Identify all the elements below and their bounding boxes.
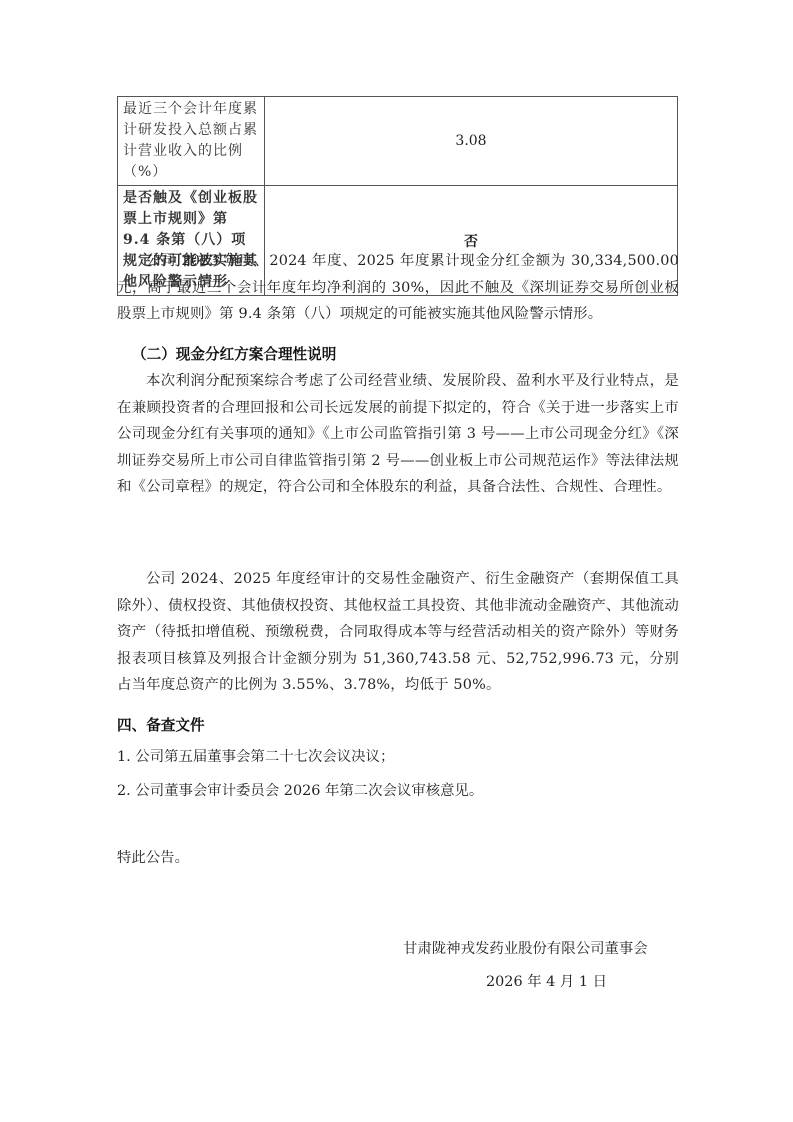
document-page: 最近三个会计年度累计研发投入总额占累计营业收入的比例（%） 3.08 是否触及《… — [0, 0, 793, 1122]
section-heading-dividend-rationale: （二）现金分红方案合理性说明 — [132, 343, 336, 364]
section-heading-reference-documents: 四、备查文件 — [117, 714, 205, 735]
paragraph-financial-assets: 公司 2024、2025 年度经审计的交易性金融资产、衍生金融资产（套期保值工具… — [117, 566, 679, 699]
table-row: 最近三个会计年度累计研发投入总额占累计营业收入的比例（%） 3.08 — [118, 97, 678, 186]
reference-document-item: 1. 公司第五届董事会第二十七次会议决议； — [117, 745, 394, 766]
paragraph-dividend-rationale: 本次利润分配预案综合考虑了公司经营业绩、发展阶段、盈利水平及行业特点，是在兼顾投… — [117, 368, 679, 501]
table-label-cell: 最近三个会计年度累计研发投入总额占累计营业收入的比例（%） — [118, 97, 265, 186]
reference-document-item: 2. 公司董事会审计委员会 2026 年第二次会议审核意见。 — [117, 779, 483, 800]
signature-date: 2026 年 4 月 1 日 — [486, 970, 607, 991]
table-value-cell: 3.08 — [265, 97, 678, 186]
paragraph-cumulative-dividend: 公司 2023 年度、2024 年度、2025 年度累计现金分红金额为 30,3… — [117, 248, 679, 328]
signature-company: 甘肃陇神戎发药业股份有限公司董事会 — [403, 937, 648, 958]
closing-statement: 特此公告。 — [117, 846, 189, 867]
